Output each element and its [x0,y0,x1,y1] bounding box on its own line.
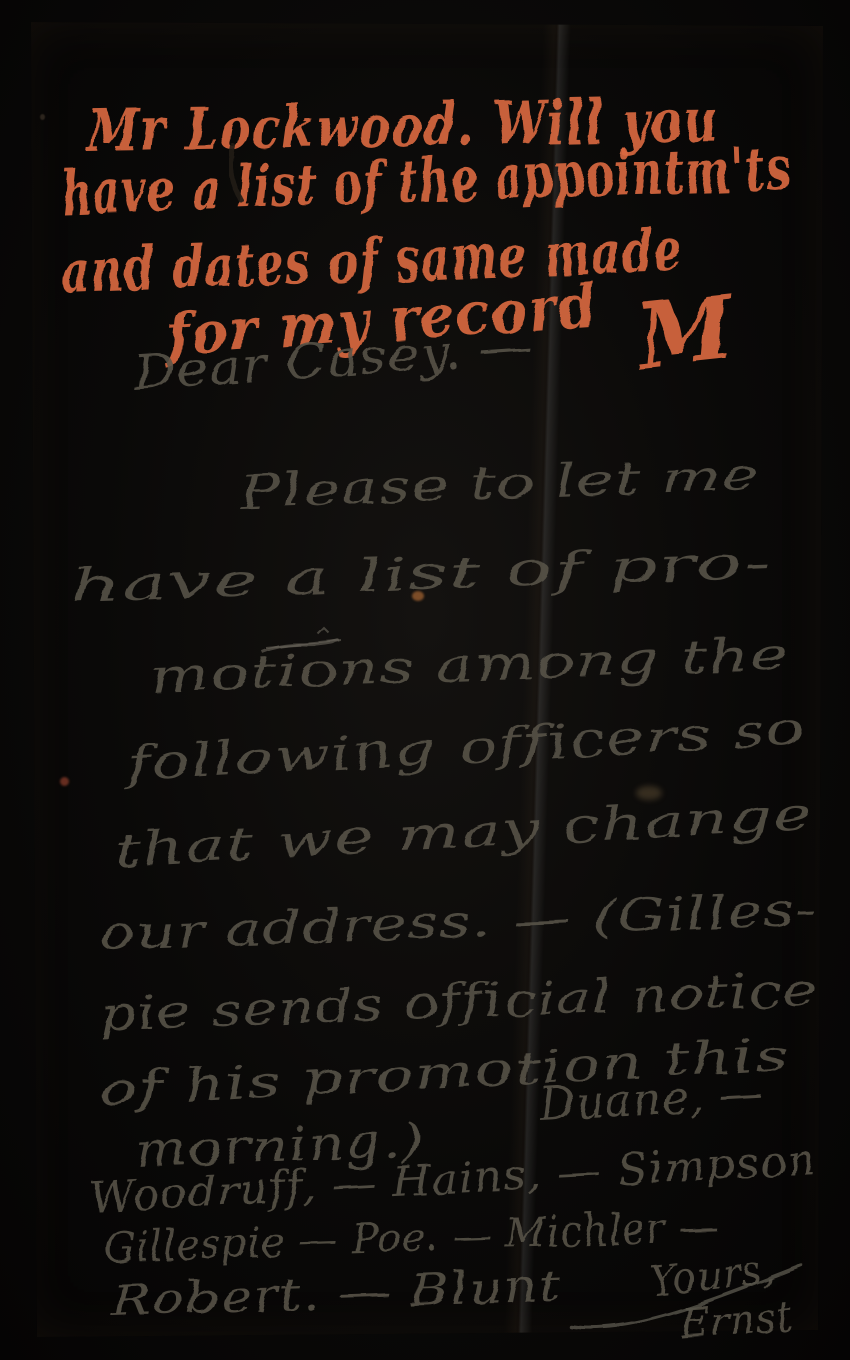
stain-spot [60,777,69,786]
stain-speck [40,114,45,120]
letter-paper [0,0,850,1360]
stain-spot [412,591,424,601]
fold-crease [504,20,571,1342]
stain-smudge [636,786,662,800]
scan-background: Mr Lockwood. Will you have a list of the… [0,0,850,1360]
